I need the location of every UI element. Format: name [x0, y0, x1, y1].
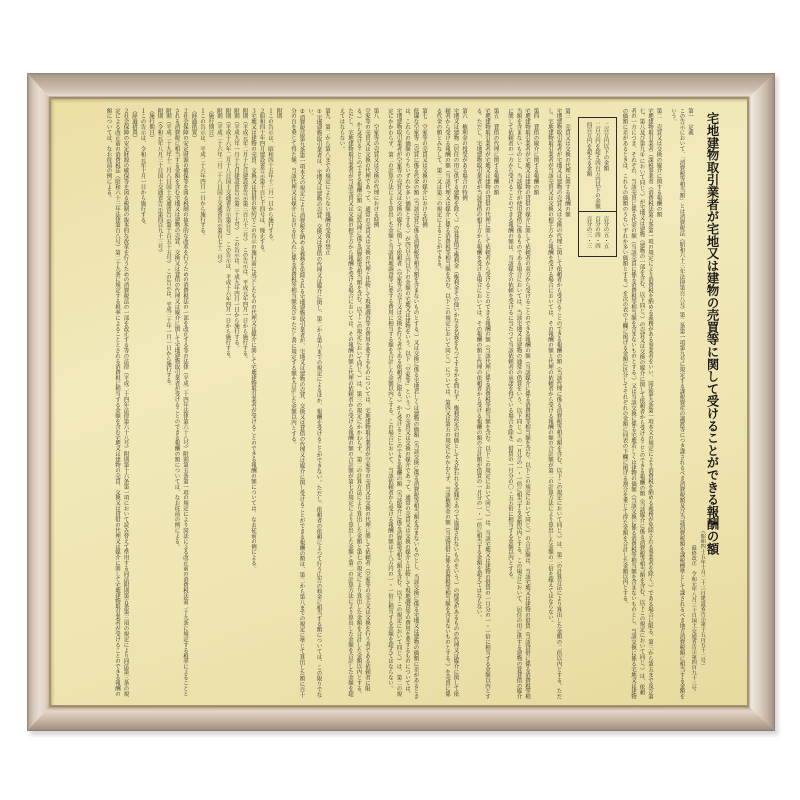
supplementary-item: （経過措置）: [190, 108, 199, 700]
plaque-plate: 宅地建物取引業者が宅地又は建物の売買等に関して受けることができる報酬の額 （昭和…: [50, 98, 748, 706]
supplementary-item: （施行期日）: [207, 108, 216, 700]
section-heading: 第八 空家等の売買又は交換の代理における特例: [372, 108, 381, 700]
supplementary-item: ２社会保障の安定財源の確保等を図る税制の抜本的な改革を行うための消費税法の一部を…: [105, 108, 131, 700]
section-paragraph: 宅地建物取引業者が宅地又は建物の貸借の代理に関して依頼者から受けることのできる報…: [475, 108, 492, 700]
section-1-definitions: 第一 定義 この告示において、「消費税等相当額」とは消費税法（昭和六十三年法律第…: [670, 108, 696, 700]
section-paragraph: 宅地建物取引業者が宅地又は建物の貸借の媒介に関して依頼者の双方から受けることので…: [507, 108, 533, 700]
supplementary-item: 附則（令和元年八月三十日国土交通省告示第四百九十三号）: [156, 108, 165, 700]
section-heading: 第四 貸借の媒介に関する報酬の額: [532, 108, 541, 700]
section-paragraph: この告示において、「消費税等相当額」とは消費税法（昭和六十三年法律第百八号）第二…: [670, 108, 687, 700]
supplementary-provisions: 附則 １この告示は、昭和四十五年十二月一日から施行する。 ２昭和四十年四月建設省…: [105, 108, 284, 700]
plaque-body: 第一 定義 この告示において、「消費税等相当額」とは消費税法（昭和六十三年法律第…: [70, 108, 695, 700]
section-heading: 第七 空家等の売買又は交換の媒介における特例: [421, 108, 430, 700]
supplementary-heading: 附則: [275, 108, 284, 700]
supplementary-item: （施行期日）: [148, 108, 157, 700]
section-3-sale-agency: 第三 売買又は交換の代理に関する報酬の額 宅地建物取引業者が宅地又は建物の売買又…: [547, 108, 573, 700]
supplementary-item: 附則（平成二十九年十二月八日国土交通省告示第千百五十五号） この告示は、平成三十…: [165, 108, 174, 700]
section-paragraph: 低廉な空家等（売買に係る代金の額（当該売買に係る消費税等相当額を含まないものとす…: [387, 108, 421, 700]
supplementary-item: 附則（平成十六年二月十八日国土交通省告示第百号） この告示は、平成十六年四月一日…: [224, 108, 233, 700]
fee-rate-table: 二百万円以下の金額 二百万円を超え四百万円以下の金額 四百万円を超える金額 百分…: [578, 117, 617, 257]
section-heading: 第六 権利金の授受がある場合の特例: [461, 108, 470, 700]
section-heading: 第五 貸借の代理に関する報酬の額: [492, 108, 501, 700]
plaque-title: 宅地建物取引業者が宅地又は建物の売買等に関して受けることができる報酬の額: [705, 112, 719, 555]
supplementary-item: １この告示は、令和元年十月一日から施行する。: [139, 108, 148, 700]
fee-table-rate: 百分の五・五: [602, 212, 611, 256]
section-heading: 第三 売買又は交換の代理に関する報酬の額: [564, 108, 573, 700]
plaque-body-text: 第一 定義 この告示において、「消費税等相当額」とは消費税法（昭和六十三年法律第…: [70, 108, 695, 700]
section-paragraph: ②消費税法第九条第一項本文の規定により消費税を納める義務を免除される宅地建物取引…: [290, 108, 307, 700]
fee-table-amount-band: 二百万円以下の金額 二百万円を超え四百万円以下の金額 四百万円を超える金額: [579, 118, 616, 212]
supplementary-item: １この告示は、昭和四十五年十二月一日から施行する。: [267, 108, 276, 700]
supplementary-item: ２社会保障の安定財源の確保等を図る税制の抜本的な改革を行うための消費税法の一部を…: [173, 108, 190, 700]
section-paragraph: ①宅地建物取引業者は、宅地又は建物の売買、交換又は貸借の代理又は媒介に関し、第二…: [307, 108, 324, 700]
section-7-vacant-house-brokerage: 第七 空家等の売買又は交換の媒介における特例 低廉な空家等（売買に係る代金の額（…: [387, 108, 430, 700]
supplementary-item: 附則（平成元年二月十七日建設省告示第三百八十三号） この告示は、平成元年四月一日…: [241, 108, 250, 700]
section-heading: 第九 第二から第八までの規定によらない報酬の受領の禁止: [324, 108, 333, 700]
section-9-prohibition: 第九 第二から第八までの規定によらない報酬の受領の禁止 ①宅地建物取引業者は、宅…: [290, 108, 333, 700]
notice-reference: （昭和四十五年十月二十三日建設省告示第千五百五十二号）: [699, 528, 706, 668]
section-heading: 第二 売買又は交換の媒介に関する報酬の額: [655, 108, 664, 700]
supplementary-item: （経過措置）: [131, 108, 140, 700]
section-heading: 第一 定義: [687, 108, 696, 700]
supplementary-item: 附則（平成二十六年二月二十八日国土交通省告示第百七十二号）: [216, 108, 225, 700]
supplementary-item: 附則（平成九年一月十七日建設省告示第三十七号） この告示は、平成九年四月一日から…: [233, 108, 242, 700]
supplementary-item: ２昭和四十年四月建設省告示第千百七十四号は、廃止する。: [258, 108, 267, 700]
fee-table-rate: 百分の三・三: [585, 212, 594, 256]
supplementary-item: １この告示は、平成二十六年四月一日から施行する。: [199, 108, 208, 700]
section-5-lease-agency: 第五 貸借の代理に関する報酬の額 宅地建物取引業者が宅地又は建物の貸借の代理に関…: [475, 108, 501, 700]
section-paragraph: 宅地建物取引業者が宅地又は建物の売買又は交換の代理に関して依頼者から受けることの…: [547, 108, 564, 700]
fee-table-amount: 四百万円を超える金額: [585, 118, 594, 211]
fee-table-amount: 二百万円を超え四百万円以下の金額: [594, 118, 603, 211]
supplementary-item: ３宅地又は建物の売買、交換又は貸借の契約でこの告示の施行前に成立したものの代理又…: [250, 108, 259, 700]
section-2-sale-brokerage: 第二 売買又は交換の媒介に関する報酬の額 宅地建物取引業者（課税事業者（消費税法…: [578, 108, 664, 700]
section-paragraph: 宅地又は建物（居住の用に供する建物を除く。）の賃貸借で権利金（権利金その他いかな…: [435, 108, 461, 700]
section-8-vacant-house-agency: 第八 空家等の売買又は交換の代理における特例 空家等の売買又は交換の代理であって…: [338, 108, 381, 700]
section-6-key-money: 第六 権利金の授受がある場合の特例 宅地又は建物（居住の用に供する建物を除く。）…: [435, 108, 469, 700]
section-4-lease-brokerage: 第四 貸借の媒介に関する報酬の額 宅地建物取引業者が宅地又は建物の貸借の媒介に関…: [507, 108, 541, 700]
fee-table-amount: 二百万円以下の金額: [602, 118, 611, 211]
fee-table-rate: 百分の四・四: [594, 212, 603, 256]
fee-table-rate-band: 百分の五・五 百分の四・四 百分の三・三: [579, 212, 616, 256]
section-paragraph: 空家等の売買又は交換の代理であって、通常の売買又は交換の代理と比較して現地調査等…: [338, 108, 372, 700]
section-paragraph: 宅地建物取引業者（課税事業者（消費税法第五条第一項の規定により消費税を納める義務…: [621, 108, 655, 700]
